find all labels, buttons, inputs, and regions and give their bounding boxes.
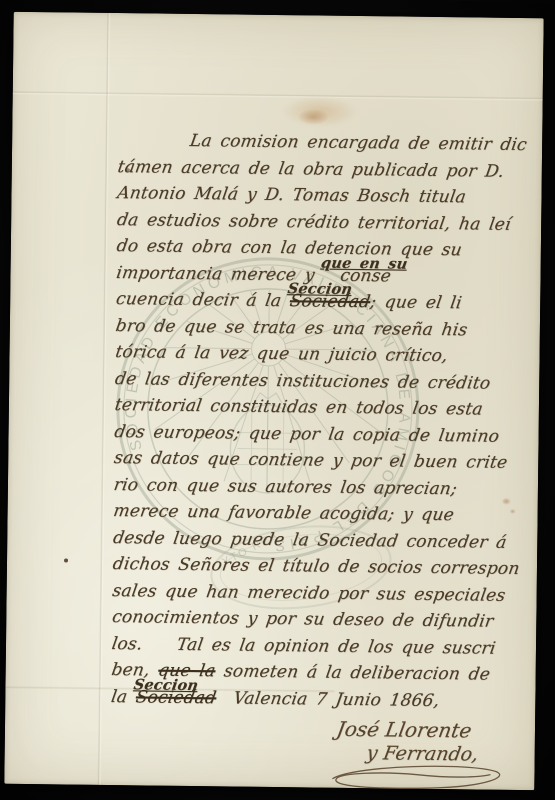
signature-secondary: y Ferrando,: [365, 742, 534, 766]
signature-rubric-flourish: [320, 761, 520, 795]
scan-background: { "scan": { "background_color": "#070707…: [0, 0, 555, 800]
line-text: tórica á la vez que un juicio crítico,: [114, 342, 449, 366]
line-text: ; que el li: [369, 292, 463, 313]
line-text: conocimientos y por su deseo de difundir: [111, 607, 495, 632]
line-text: Valencia 7 Junio 1866,: [215, 688, 441, 711]
line-text: da estudios sobre crédito territorial, h…: [116, 210, 513, 235]
correction: SociedadSeccion: [288, 291, 371, 312]
line-text: rio con que sus autores los aprecian;: [112, 475, 458, 499]
paper-fold-crease-horizontal-top: [13, 91, 543, 101]
line-text: La comision encargada de emitir dic: [189, 131, 529, 155]
correction: SociedadSeccion: [134, 687, 217, 708]
ink-dot: [64, 558, 68, 562]
line-text: someten á la deliberacion de: [214, 661, 492, 684]
line-text: los. Tal es la opinion de los que suscri: [110, 634, 497, 659]
line-text: cuencia decir á la: [115, 289, 292, 311]
document-paper: SOCIEDAD ECONOMICA VALENCIANA DE AMIGOS …: [4, 12, 543, 790]
manuscript-line: la SociedadSeccion Valencia 7 Junio 1866…: [109, 684, 539, 716]
line-text: bro de que se trata es una reseña his: [114, 316, 469, 340]
line-text: Antonio Malá y D. Tomas Bosch titula: [116, 183, 467, 207]
signature-name: José Llorente: [335, 717, 534, 743]
inserted-word: que en su: [319, 250, 409, 278]
line-text: sales que han merecido por sus especiale…: [111, 581, 507, 606]
line-text: desde luego puede la Sociedad conceder á: [112, 528, 508, 553]
line-text: do esta obra con la detencion que su: [115, 236, 463, 260]
line-text: de las diferentes instituciones de crédi…: [114, 369, 492, 394]
inserted-word: Seccion: [132, 672, 201, 699]
manuscript-text: La comision encargada de emitir dic táme…: [109, 127, 542, 715]
stain-mark: [298, 109, 328, 124]
stain-mark: [280, 95, 358, 128]
signature-block: José Llorente y Ferrando,: [336, 717, 532, 795]
line-text: merece una favorable acogida; y que: [112, 501, 455, 525]
line-text: sas datos que contiene y por el buen cri…: [113, 448, 509, 473]
inserted-word: Seccion: [286, 276, 355, 303]
line-text: dichos Señores el título de socios corre…: [111, 554, 521, 579]
line-text: támen acerca de la obra publicada por D.: [116, 157, 505, 182]
line-text: dos europeos; que por la copia de lumino: [113, 422, 501, 447]
line-text: territorial constituidas en todos los es…: [113, 395, 484, 419]
